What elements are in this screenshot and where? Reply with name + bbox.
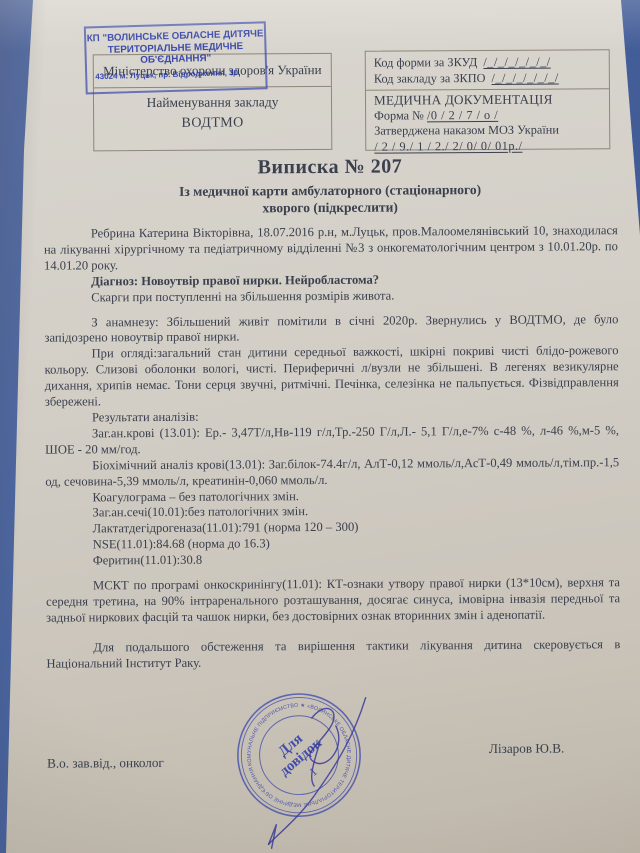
approved-label: Затверджена наказом МОЗ України — [374, 122, 604, 139]
paragraph: МСКТ по програмі онкоскринінгу(11.01): К… — [46, 575, 620, 626]
form-value: /0 / 2 / 7 / о / — [427, 107, 498, 121]
header-right-box: Код форми за ЗКУД/_/_/_/_/_/_/ Код закла… — [365, 49, 611, 150]
approved-value: / 2 / 9./ 1 / 2./ 2/ 0/ 0/ 01р./ — [374, 138, 604, 155]
paragraph: При огляді:загальний стан дитини середнь… — [45, 344, 619, 411]
facility-block: Найменування закладу ВОДТМО — [94, 87, 331, 132]
paragraph: З анамнезу: Збільшений живіт помітили в … — [44, 312, 618, 347]
institution-rect-stamp: КП "ВОЛИНСЬКЕ ОБЛАСНЕ ДИТЯЧЕ ТЕРИТОРІАЛЬ… — [84, 21, 268, 94]
signer-title: В.о. зав.від., онколог — [47, 755, 164, 772]
signer-name: Лізаров Ю.В. — [489, 741, 564, 757]
code-form-value: /_/_/_/_/_/_/ — [483, 55, 550, 69]
paragraph: Скарги при поступленні на збільшення роз… — [44, 287, 618, 306]
stamp-address: 43024 м. Луцьк, пр. Відродження, 30. — [87, 67, 265, 81]
paragraph: Біохімічний аналіз крові(13.01): Заг.біл… — [45, 455, 619, 490]
page-title: Виписка № 207 — [43, 154, 616, 180]
code-org-row: Код закладу за ЗКПО/_/_/_/_/_/_/ — [374, 69, 604, 86]
signature-end-mark — [268, 824, 276, 848]
paragraph: Ребрина Катерина Вікторівна, 18.07.2016 … — [44, 223, 618, 274]
code-org-value: /_/_/_/_/_/_/ — [491, 71, 558, 85]
signature-loop-stroke — [309, 708, 338, 763]
code-org-label: Код закладу за ЗКПО — [374, 71, 486, 86]
medical-documentation-block: МЕДИЧНА ДОКУМЕНТАЦІЯ Форма № /0 / 2 / 7 … — [366, 89, 609, 154]
paragraph: Заг.ан.крові (13.01): Ер.- 3,47Т/л,Нв-11… — [45, 423, 619, 458]
form-label: Форма № — [374, 108, 424, 122]
code-form-label: Код форми за ЗКУД — [374, 55, 478, 70]
facility-value: ВОДТМО — [94, 115, 331, 132]
title-block: Виписка № 207 Із медичної карти амбулато… — [43, 154, 616, 217]
form-number-row: Форма № /0 / 2 / 7 / о / — [374, 107, 604, 124]
codes-block: Код форми за ЗКУД/_/_/_/_/_/_/ Код закла… — [366, 50, 609, 90]
document-body: Ребрина Катерина Вікторівна, 18.07.2016 … — [44, 223, 621, 672]
handwritten-signature — [224, 677, 410, 853]
subtitle-line-2: хворого (підкреслити) — [44, 198, 617, 218]
document-content: Міністерство охорони здоров'я України На… — [0, 0, 640, 853]
medical-documentation-title: МЕДИЧНА ДОКУМЕНТАЦІЯ — [374, 91, 604, 108]
paragraph: Феритин(11.01):30.8 — [46, 550, 620, 569]
code-form-row: Код форми за ЗКУД/_/_/_/_/_/_/ — [374, 53, 604, 70]
facility-label: Найменування закладу — [94, 94, 331, 111]
signature-main-stroke — [268, 698, 367, 845]
paragraph: Для подальшого обстеження та вирішення т… — [46, 637, 620, 672]
